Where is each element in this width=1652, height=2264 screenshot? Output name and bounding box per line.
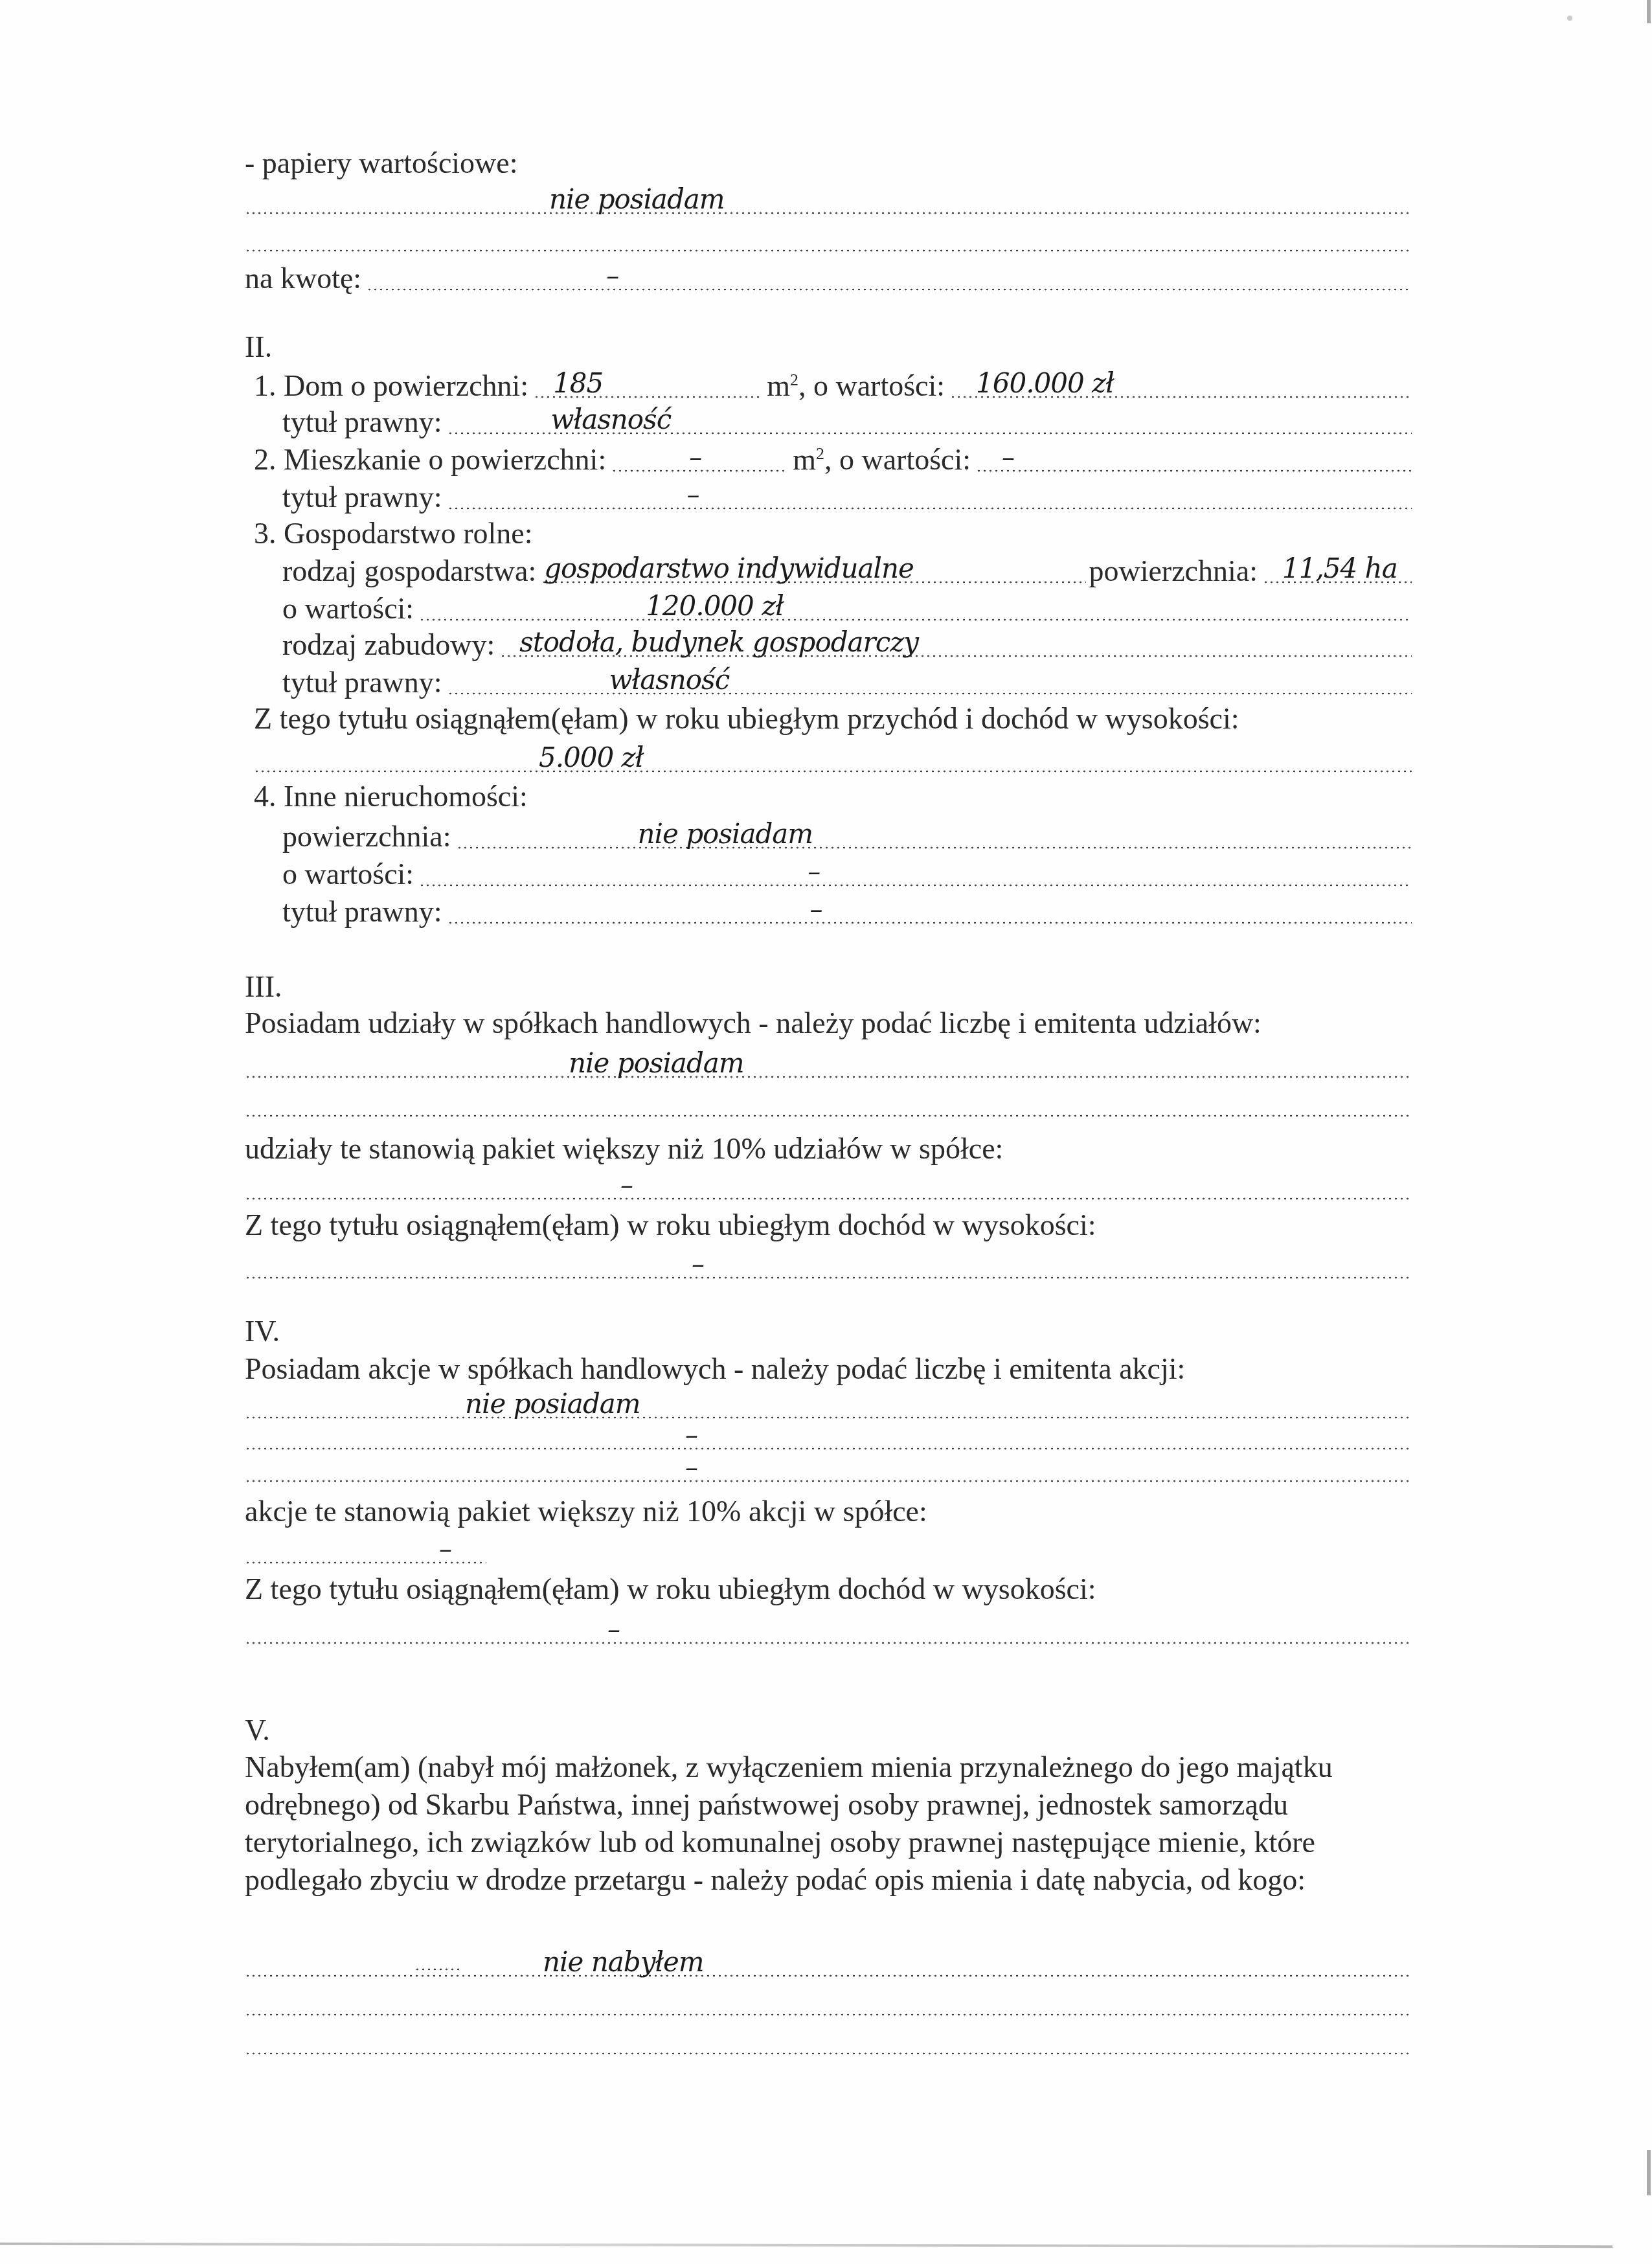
farm-area-label: powierzchnia: — [1089, 554, 1258, 588]
flat-value-label: , o wartości: — [824, 443, 971, 477]
stocks-label-line: Posiadam akcje w spółkach handlowych - n… — [245, 1347, 1412, 1386]
house-title-value[interactable]: własność — [551, 405, 672, 434]
amount-label: na kwotę: — [245, 262, 361, 295]
other-area-line: powierzchnia: nie posiadam — [282, 815, 1412, 854]
section-4-heading: IV. — [245, 1309, 1412, 1348]
amount-dots: – — [367, 262, 1412, 295]
stocks-over10-value[interactable]: – — [439, 1535, 451, 1563]
other-value-dots[interactable]: – — [419, 857, 1412, 891]
section-2-heading: II. — [245, 325, 1412, 364]
shares-label: Posiadam udziały w spółkach handlowych -… — [245, 1006, 1262, 1040]
shares-label-line: Posiadam udziały w spółkach handlowych -… — [245, 1001, 1412, 1040]
stocks-income-line: Z tego tytułu osiągnąłem(ęłam) w roku ub… — [245, 1567, 1412, 1606]
shares-income-field[interactable]: – — [245, 1245, 1412, 1284]
other-heading-line: 4. Inne nieruchomości: — [254, 775, 1412, 813]
house-area-dots[interactable]: 185 — [534, 369, 762, 403]
section-4-number: IV. — [245, 1315, 280, 1348]
shares-over10-line: udziały te stanowią pakiet większy niż 1… — [245, 1127, 1412, 1166]
shares-over10-value[interactable]: – — [620, 1171, 633, 1199]
shares-income-line: Z tego tytułu osiągnąłem(ęłam) w roku ub… — [245, 1203, 1412, 1242]
shares-field[interactable]: nie posiadam — [245, 1044, 1412, 1083]
farm-income-value[interactable]: 5.000 zł — [539, 743, 643, 772]
stocks-dots-3: – — [245, 1453, 1412, 1487]
farm-title-label: tytuł prawny: — [282, 666, 442, 699]
shares-over10-label: udziały te stanowią pakiet większy niż 1… — [245, 1132, 1003, 1166]
acquisition-value[interactable]: nie nabyłem — [543, 1948, 704, 1976]
house-unit: m2 — [767, 369, 798, 403]
shares-value[interactable]: nie posiadam — [569, 1049, 744, 1078]
other-area-value[interactable]: nie posiadam — [638, 820, 813, 848]
farm-area-dots[interactable]: 11,54 ha — [1263, 554, 1412, 588]
house-line: 1. Dom o powierzchni: 185 m2 , o wartośc… — [254, 364, 1412, 403]
securities-value[interactable]: nie posiadam — [549, 185, 725, 214]
scan-edge-mark-bottom — [1647, 2150, 1651, 2195]
farm-area-value[interactable]: 11,54 ha — [1282, 554, 1397, 583]
acquisition-field-2[interactable] — [245, 1982, 1412, 2021]
scan-speck — [1567, 16, 1572, 21]
house-value-label: , o wartości: — [798, 369, 945, 403]
stocks-over10-field[interactable]: – — [245, 1530, 486, 1568]
acquisition-field-3[interactable] — [245, 2021, 1412, 2059]
stocks-value-3[interactable]: – — [685, 1453, 697, 1482]
flat-area-label: 2. Mieszkanie o powierzchni: — [254, 443, 606, 477]
declaration-page: - papiery wartościowe: nie posiadam na k… — [0, 0, 1652, 2264]
shares-income-label: Z tego tytułu osiągnąłem(ęłam) w roku ub… — [245, 1208, 1096, 1242]
section-3-number: III. — [245, 970, 282, 1004]
acquisition-field[interactable]: nie nabyłem — [245, 1943, 1412, 1982]
farm-income-label: Z tego tytułu osiągnąłem(ęłam) w roku ub… — [254, 702, 1239, 736]
stocks-over10-dots: – — [245, 1535, 486, 1568]
farm-type-value[interactable]: gospodarstwo indywidualne — [544, 554, 914, 583]
other-value-line: o wartości: – — [282, 852, 1412, 891]
securities-field[interactable]: nie posiadam — [245, 180, 1412, 219]
stocks-income-dots: – — [245, 1615, 1412, 1649]
farm-title-value[interactable]: własność — [609, 666, 730, 694]
stocks-income-field[interactable]: – — [245, 1610, 1412, 1649]
farm-income-label-line: Z tego tytułu osiągnąłem(ęłam) w roku ub… — [254, 697, 1412, 736]
shares-income-value[interactable]: – — [692, 1250, 704, 1278]
amount-line[interactable]: na kwotę: – — [245, 256, 1412, 295]
flat-unit: m2 — [793, 443, 824, 477]
shares-over10-field[interactable]: – — [245, 1166, 1412, 1205]
other-value-value[interactable]: – — [808, 857, 820, 886]
farm-type-label: rodzaj gospodarstwa: — [282, 554, 536, 588]
farm-value-dots[interactable]: 120.000 zł — [419, 592, 1412, 626]
farm-type-dots[interactable]: gospodarstwo indywidualne — [541, 554, 1086, 588]
farm-heading-line: 3. Gospodarstwo rolne: — [254, 512, 1412, 550]
farm-value-line: o wartości: 120.000 zł — [282, 587, 1412, 626]
unit-m: m — [793, 443, 816, 476]
farm-income-dots: 5.000 zł — [254, 743, 1412, 777]
securities-dots: nie posiadam — [245, 185, 1412, 219]
securities-label-line: - papiery wartościowe: — [245, 141, 1412, 180]
section-3-heading: III. — [245, 965, 1412, 1004]
flat-area-value[interactable]: – — [689, 443, 701, 471]
house-title-dots[interactable]: własność — [447, 405, 1412, 439]
securities-dots-2 — [245, 223, 1412, 256]
farm-title-dots[interactable]: własność — [447, 666, 1412, 699]
farm-value-label: o wartości: — [282, 592, 414, 626]
farm-income-field[interactable]: 5.000 zł — [254, 738, 1412, 777]
house-area-label: 1. Dom o powierzchni: — [254, 369, 528, 403]
other-title-dots[interactable]: – — [447, 895, 1412, 929]
acquisition-dots-2 — [245, 1987, 1412, 2021]
securities-field-2[interactable] — [245, 218, 1412, 256]
shares-dots: nie posiadam — [245, 1049, 1412, 1083]
shares-income-dots: – — [245, 1250, 1412, 1284]
other-area-label: powierzchnia: — [282, 820, 451, 854]
flat-value-dots[interactable]: – — [976, 443, 1412, 477]
stocks-value[interactable]: nie posiadam — [465, 1390, 640, 1418]
flat-title-label: tytuł prawny: — [282, 481, 442, 514]
stocks-income-label: Z tego tytułu osiągnąłem(ęłam) w roku ub… — [245, 1572, 1096, 1606]
stocks-value-2[interactable]: – — [685, 1421, 697, 1449]
acquisition-dots-3 — [245, 2026, 1412, 2059]
other-area-dots[interactable]: nie posiadam — [457, 820, 1412, 854]
shares-dots-2 — [245, 1088, 1412, 1122]
amount-value[interactable]: – — [606, 262, 618, 290]
house-title-line: tytuł prawny: własność — [282, 400, 1412, 439]
securities-label: - papiery wartościowe: — [245, 146, 518, 180]
flat-title-dots[interactable]: – — [447, 481, 1412, 514]
unit-sup: 2 — [816, 444, 824, 463]
farm-buildings-dots[interactable]: stodoła, budynek gospodarczy — [500, 628, 1412, 662]
farm-heading: 3. Gospodarstwo rolne: — [254, 517, 533, 550]
farm-buildings-line: rodzaj zabudowy: stodoła, budynek gospod… — [282, 623, 1412, 662]
other-value-label: o wartości: — [282, 857, 414, 891]
farm-value-value[interactable]: 120.000 zł — [646, 592, 784, 620]
flat-line: 2. Mieszkanie o powierzchni: – m2 , o wa… — [254, 438, 1412, 477]
stocks-over10-line: akcje te stanowią pakiet większy niż 10%… — [245, 1489, 1412, 1528]
house-title-label: tytuł prawny: — [282, 405, 442, 439]
scan-edge-line — [0, 2243, 1612, 2248]
farm-buildings-value[interactable]: stodoła, budynek gospodarczy — [519, 628, 918, 657]
shares-over10-dots: – — [245, 1171, 1412, 1205]
flat-title-line: tytuł prawny: – — [282, 475, 1412, 514]
farm-type-line: rodzaj gospodarstwa: gospodarstwo indywi… — [282, 549, 1412, 588]
flat-value-value[interactable]: – — [1002, 443, 1014, 471]
section-5-heading: V. — [245, 1708, 1412, 1747]
stocks-field-3[interactable]: – — [245, 1448, 1412, 1487]
other-title-line: tytuł prawny: – — [282, 890, 1412, 929]
section-2-number: II. — [245, 330, 272, 364]
flat-area-dots[interactable]: – — [611, 443, 787, 477]
house-value-value[interactable]: 160.000 zł — [976, 369, 1114, 398]
other-heading: 4. Inne nieruchomości: — [254, 780, 528, 813]
unit-m: m — [767, 369, 790, 402]
flat-title-value[interactable]: – — [687, 481, 699, 509]
farm-buildings-label: rodzaj zabudowy: — [282, 628, 495, 662]
acquisition-paragraph: Nabyłem(am) (nabył mój małżonek, z wyłąc… — [245, 1749, 1423, 1899]
acquisition-dots: nie nabyłem — [245, 1948, 1412, 1982]
other-title-label: tytuł prawny: — [282, 895, 442, 929]
stocks-over10-label: akcje te stanowią pakiet większy niż 10%… — [245, 1495, 927, 1528]
other-title-value[interactable]: – — [810, 895, 822, 923]
scan-edge-mark-top — [1647, 0, 1651, 23]
stocks-income-value[interactable]: – — [607, 1615, 620, 1644]
stocks-label: Posiadam akcje w spółkach handlowych - n… — [245, 1352, 1185, 1386]
section-5-number: V. — [245, 1714, 270, 1747]
house-area-value[interactable]: 185 — [553, 369, 603, 398]
farm-title-line: tytuł prawny: własność — [282, 661, 1412, 699]
unit-sup: 2 — [790, 370, 798, 389]
house-value-dots[interactable]: 160.000 zł — [950, 369, 1412, 403]
shares-field-2[interactable] — [245, 1083, 1412, 1122]
